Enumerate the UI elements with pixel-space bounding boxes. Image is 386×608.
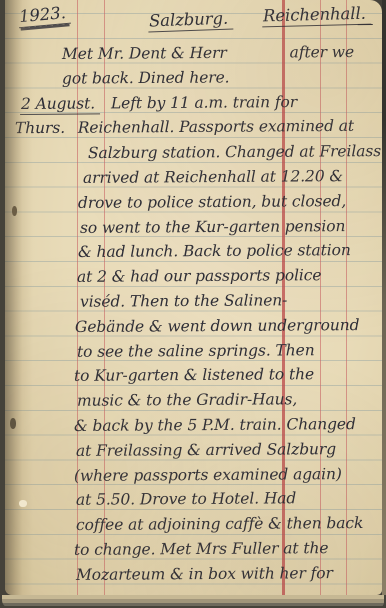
- paper-texture: [5, 0, 382, 595]
- paper-chip: [19, 500, 27, 507]
- page-edge-bottom: [2, 595, 384, 608]
- diary-page: 1923. Salzburg. Reichenhall. — Met Mr. D…: [5, 0, 382, 595]
- page-edge-right: [382, 0, 386, 595]
- binding-speck: [10, 418, 16, 429]
- binding-speck: [12, 206, 17, 216]
- notebook-scan: 1923. Salzburg. Reichenhall. — Met Mr. D…: [0, 0, 386, 608]
